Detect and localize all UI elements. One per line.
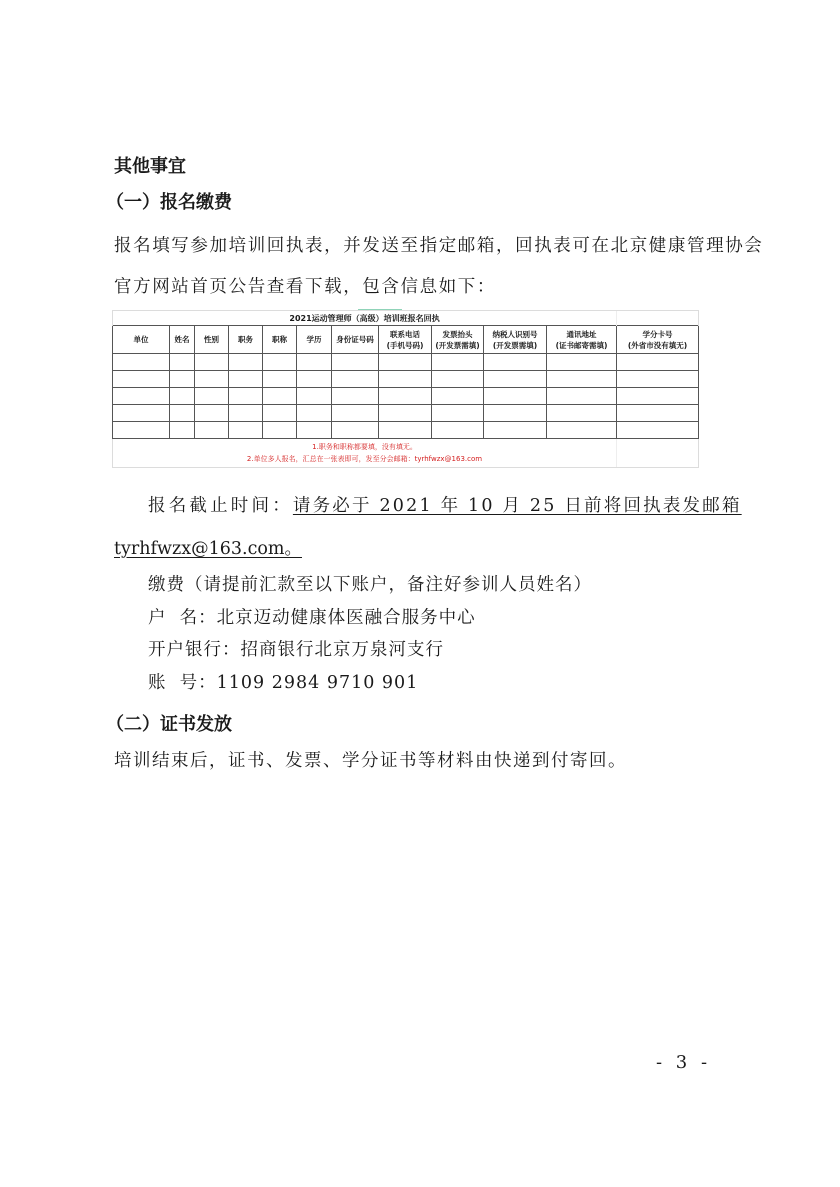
- col-header-tax-id: 纳税人识别号(开发票需填): [484, 326, 547, 354]
- col-header-unit: 单位: [113, 326, 170, 354]
- certificate-paragraph: 培训结束后，证书、发票、学分证书等材料由快递到付寄回。: [114, 747, 627, 772]
- bank-name: 开户银行：招商银行北京万泉河支行: [148, 636, 444, 661]
- table-title-side: [617, 311, 699, 326]
- col-header-title: 职称: [263, 326, 297, 354]
- paragraph-line-1: 报名填写参加培训回执表，并发送至指定邮箱，回执表可在北京健康管理协会: [114, 232, 763, 257]
- deadline-text: 请务必于 2021 年 10 月 25 日前将回执表发邮箱: [293, 496, 742, 516]
- payment-intro: 缴费（请提前汇款至以下账户，备注好参训人员姓名）: [148, 571, 592, 596]
- col-header-credit-card: 学分卡号(外省市没有填无): [617, 326, 699, 354]
- table-notes: 1.职务和职称都要填，没有填无。 2.单位多人报名，汇总在一张表即可，发至分会邮…: [113, 439, 617, 468]
- deadline-line-1: 报名截止时间：请务必于 2021 年 10 月 25 日前将回执表发邮箱: [148, 492, 742, 517]
- table-row: [113, 422, 699, 439]
- deadline-email: tyrhfwzx@163.com。: [114, 535, 302, 560]
- table-title: 2021运动管理师（高级）培训班报名回执: [113, 311, 617, 326]
- page-number: - 3 -: [656, 1052, 711, 1073]
- deadline-label: 报名截止时间：: [148, 496, 293, 516]
- table-row: [113, 405, 699, 422]
- col-header-phone: 联系电话(手机号码): [379, 326, 432, 354]
- table-notes-row: 1.职务和职称都要填，没有填无。 2.单位多人报名，汇总在一张表即可，发至分会邮…: [113, 439, 699, 468]
- account-name: 户 名：北京迈动健康体医融合服务中心: [148, 604, 476, 629]
- col-header-name: 姓名: [170, 326, 195, 354]
- account-number: 账 号：1109 2984 9710 901: [148, 669, 418, 694]
- registration-form-table: 2021运动管理师（高级）培训班报名回执 单位 姓名 性别 职务 职称 学历 身…: [112, 310, 699, 468]
- table-header-row: 单位 姓名 性别 职务 职称 学历 身份证号码 联系电话(手机号码) 发票抬头(…: [113, 326, 699, 354]
- table-row: [113, 371, 699, 388]
- table-note-2: 2.单位多人报名，汇总在一张表即可，发至分会邮箱：tyrhfwzx@163.co…: [113, 453, 616, 465]
- paragraph-line-2: 官方网站首页公告查看下载，包含信息如下：: [114, 273, 496, 298]
- table-note-1: 1.职务和职称都要填，没有填无。: [113, 441, 616, 453]
- subsection-heading-registration: （一）报名缴费: [106, 188, 232, 214]
- col-header-invoice-title: 发票抬头(开发票需填): [432, 326, 484, 354]
- table-row: [113, 354, 699, 371]
- col-header-position: 职务: [229, 326, 263, 354]
- col-header-gender: 性别: [195, 326, 229, 354]
- col-header-id-number: 身份证号码: [332, 326, 379, 354]
- col-header-address: 通讯地址(证书邮寄需填): [547, 326, 617, 354]
- col-header-education: 学历: [297, 326, 332, 354]
- table-row: [113, 388, 699, 405]
- section-title: 其他事宜: [114, 152, 186, 178]
- subsection-heading-certificate: （二）证书发放: [106, 710, 232, 736]
